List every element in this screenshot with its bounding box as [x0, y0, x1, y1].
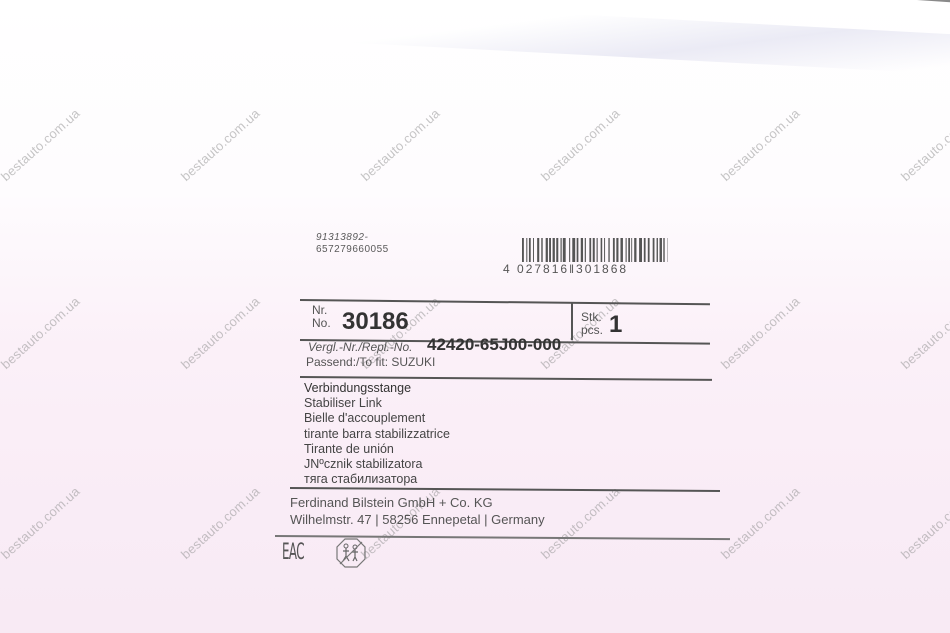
watermark-text: bestauto.com.ua	[538, 106, 623, 184]
fit-line: Passend:/To fit: SUZUKI	[306, 355, 435, 369]
watermark-text: bestauto.com.ua	[718, 484, 803, 562]
eac-mark-icon: EAC	[282, 540, 304, 565]
watermark-text: bestauto.com.ua	[0, 484, 83, 562]
watermark-text: bestauto.com.ua	[178, 294, 263, 372]
company-address: Wilhelmstr. 47 | 58256 Ennepetal | Germa…	[290, 511, 545, 528]
description-ru: тяга стабилизатора	[304, 472, 450, 487]
company-name: Ferdinand Bilstein GmbH + Co. KG	[290, 494, 545, 511]
package-fold-shadow	[298, 0, 950, 77]
watermark-text: bestauto.com.ua	[718, 106, 803, 184]
description-list: Verbindungsstange Stabiliser Link Bielle…	[304, 381, 450, 487]
watermark-text: bestauto.com.ua	[538, 484, 623, 562]
description-de: Verbindungsstange	[304, 381, 450, 396]
internal-code-line2: 657279660055	[316, 244, 389, 255]
description-es: Tirante de unión	[304, 442, 450, 457]
quantity-label-en: pcs.	[581, 324, 603, 337]
description-en: Stabiliser Link	[304, 396, 450, 411]
watermark-text: bestauto.com.ua	[178, 106, 263, 184]
replacement-label: Vergl.-Nr./Repl.-No.	[308, 340, 412, 354]
quantity-label: Stk. pcs.	[581, 311, 603, 337]
part-number: 30186	[342, 308, 409, 336]
table-divider	[571, 302, 573, 340]
number-label: Nr. No.	[312, 304, 331, 330]
description-bottom-line	[290, 487, 720, 492]
fit-value: SUZUKI	[391, 355, 435, 369]
watermark-text: bestauto.com.ua	[898, 294, 950, 372]
watermark-text: bestauto.com.ua	[718, 294, 803, 372]
child-warning-icon	[336, 538, 366, 568]
quantity-value: 1	[609, 311, 622, 339]
barcode-prefix: 4	[503, 262, 512, 276]
barcode-number: 4 027816‖301868	[503, 262, 628, 276]
description-fr: Bielle d'accouplement	[304, 411, 450, 426]
fit-label: Passend:/To fit:	[306, 355, 388, 369]
table-top-line	[300, 299, 710, 305]
barcode-digits: 027816‖301868	[517, 262, 628, 276]
package-edge	[830, 0, 950, 3]
internal-code-line1: 91313892-	[316, 232, 368, 243]
watermark-text: bestauto.com.ua	[0, 106, 83, 184]
description-pl: JNºcznik stabilizatora	[304, 457, 450, 472]
number-label-en: No.	[312, 317, 331, 330]
watermark-text: bestauto.com.ua	[898, 106, 950, 184]
watermark-text: bestauto.com.ua	[0, 294, 83, 372]
barcode-bars-icon	[522, 238, 668, 262]
watermark-text: bestauto.com.ua	[358, 106, 443, 184]
watermark-text: bestauto.com.ua	[178, 484, 263, 562]
replacement-number: 42420-65J00-000	[427, 335, 561, 355]
table-section-line	[300, 376, 712, 380]
watermark-text: bestauto.com.ua	[898, 484, 950, 562]
company-info: Ferdinand Bilstein GmbH + Co. KG Wilhelm…	[290, 494, 545, 528]
description-it: tirante barra stabilizzatrice	[304, 427, 450, 442]
